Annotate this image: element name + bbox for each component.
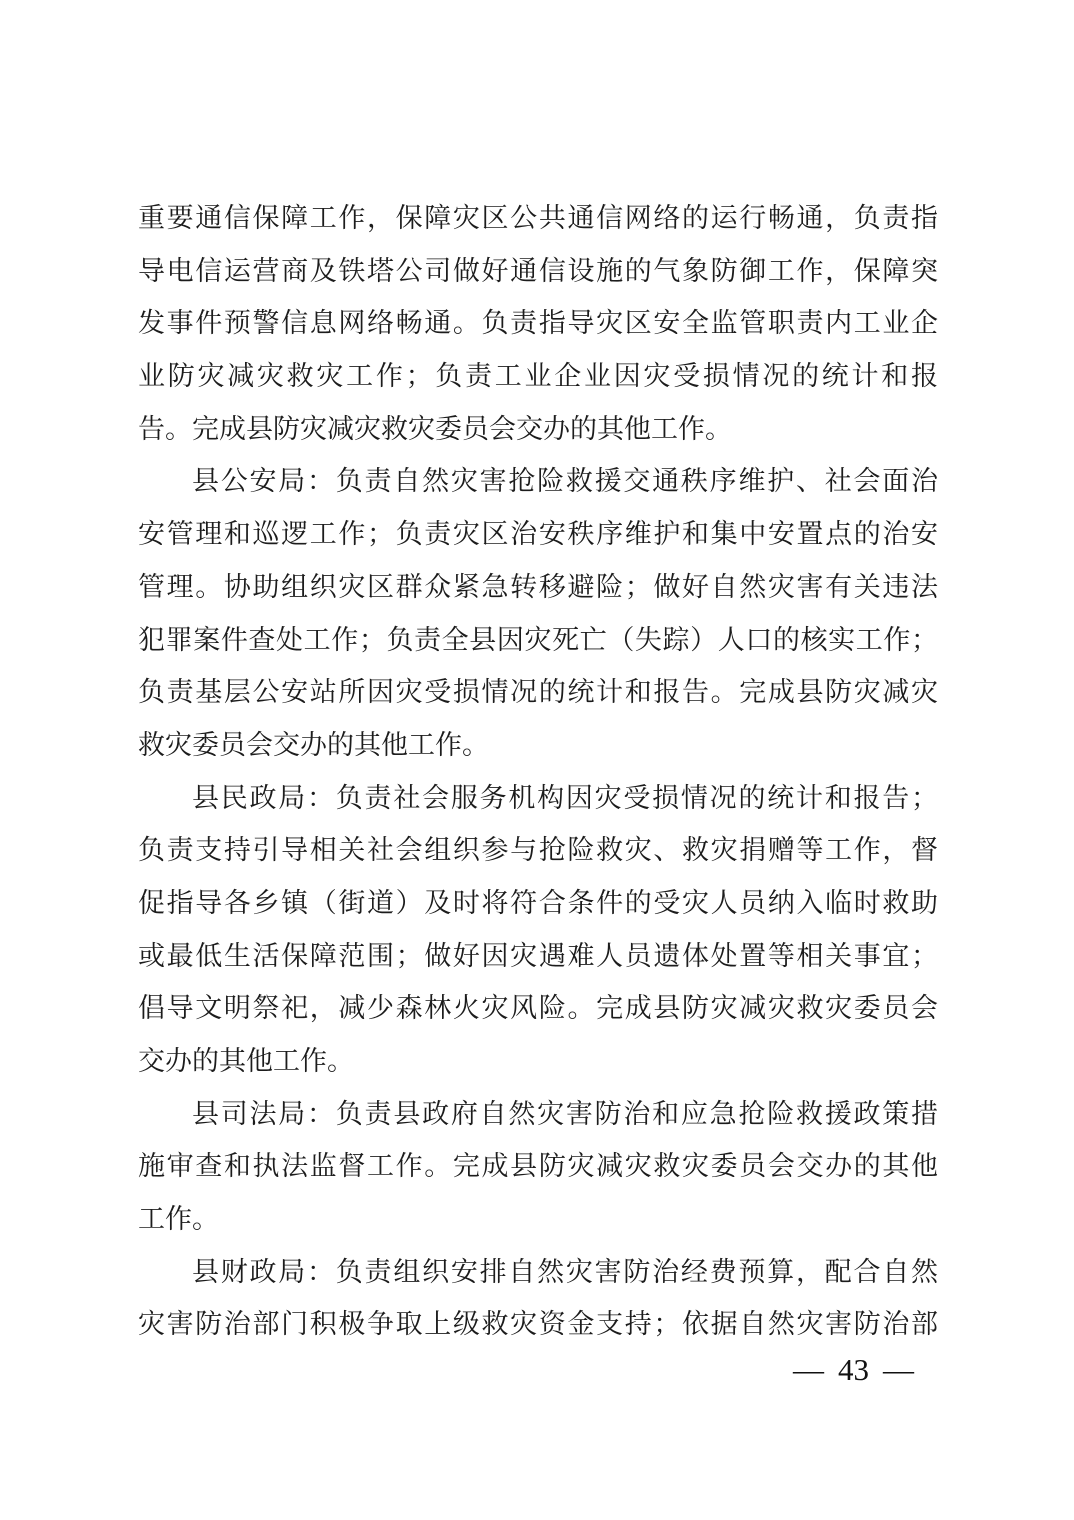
text-line-p5-l1: 县财政局：负责组织安排自然灾害防治经费预算，配合自然 [138,1246,938,1299]
text-line-p1-l4: 业防灾减灾救灾工作；负责工业企业因灾受损情况的统计和报 [138,350,938,403]
text-line-p1-l1: 重要通信保障工作，保障灾区公共通信网络的运行畅通，负责指 [138,192,938,245]
text-line-p2-l6: 救灾委员会交办的其他工作。 [138,719,938,772]
text-line-p2-l2: 安管理和巡逻工作；负责灾区治安秩序维护和集中安置点的治安 [138,508,938,561]
text-line-p1-l3: 发事件预警信息网络畅通。负责指导灾区安全监管职责内工业企 [138,297,938,350]
text-line-p5-l2: 灾害防治部门积极争取上级救灾资金支持；依据自然灾害防治部 [138,1298,938,1351]
text-line-p3-l5: 倡导文明祭祀，减少森林火灾风险。完成县防灾减灾救灾委员会 [138,982,938,1035]
text-line-p1-l5: 告。完成县防灾减灾救灾委员会交办的其他工作。 [138,403,938,456]
text-line-p3-l6: 交办的其他工作。 [138,1035,938,1088]
footer-left-dash: — [793,1352,824,1387]
text-line-p3-l4: 或最低生活保障范围；做好因灾遇难人员遗体处置等相关事宜； [138,930,938,983]
text-line-p2-l1: 县公安局：负责自然灾害抢险救援交通秩序维护、社会面治 [138,455,938,508]
text-line-p2-l3: 管理。协助组织灾区群众紧急转移避险；做好自然灾害有关违法 [138,561,938,614]
document-page: 重要通信保障工作，保障灾区公共通信网络的运行畅通，负责指导电信运营商及铁塔公司做… [0,0,1074,1520]
text-line-p1-l2: 导电信运营商及铁塔公司做好通信设施的气象防御工作，保障突 [138,245,938,298]
page-number: 43 [838,1352,869,1387]
document-body-text: 重要通信保障工作，保障灾区公共通信网络的运行畅通，负责指导电信运营商及铁塔公司做… [138,192,938,1351]
text-line-p2-l4: 犯罪案件查处工作；负责全县因灾死亡（失踪）人口的核实工作； [138,614,938,667]
text-line-p4-l3: 工作。 [138,1193,938,1246]
text-line-p4-l2: 施审查和执法监督工作。完成县防灾减灾救灾委员会交办的其他 [138,1140,938,1193]
text-line-p2-l5: 负责基层公安站所因灾受损情况的统计和报告。完成县防灾减灾 [138,666,938,719]
footer-right-dash: — [883,1352,914,1387]
page-footer: —43— [793,1352,914,1388]
text-line-p3-l3: 促指导各乡镇（街道）及时将符合条件的受灾人员纳入临时救助 [138,877,938,930]
text-line-p3-l1: 县民政局：负责社会服务机构因灾受损情况的统计和报告； [138,772,938,825]
text-line-p4-l1: 县司法局：负责县政府自然灾害防治和应急抢险救援政策措 [138,1088,938,1141]
text-line-p3-l2: 负责支持引导相关社会组织参与抢险救灾、救灾捐赠等工作，督 [138,824,938,877]
